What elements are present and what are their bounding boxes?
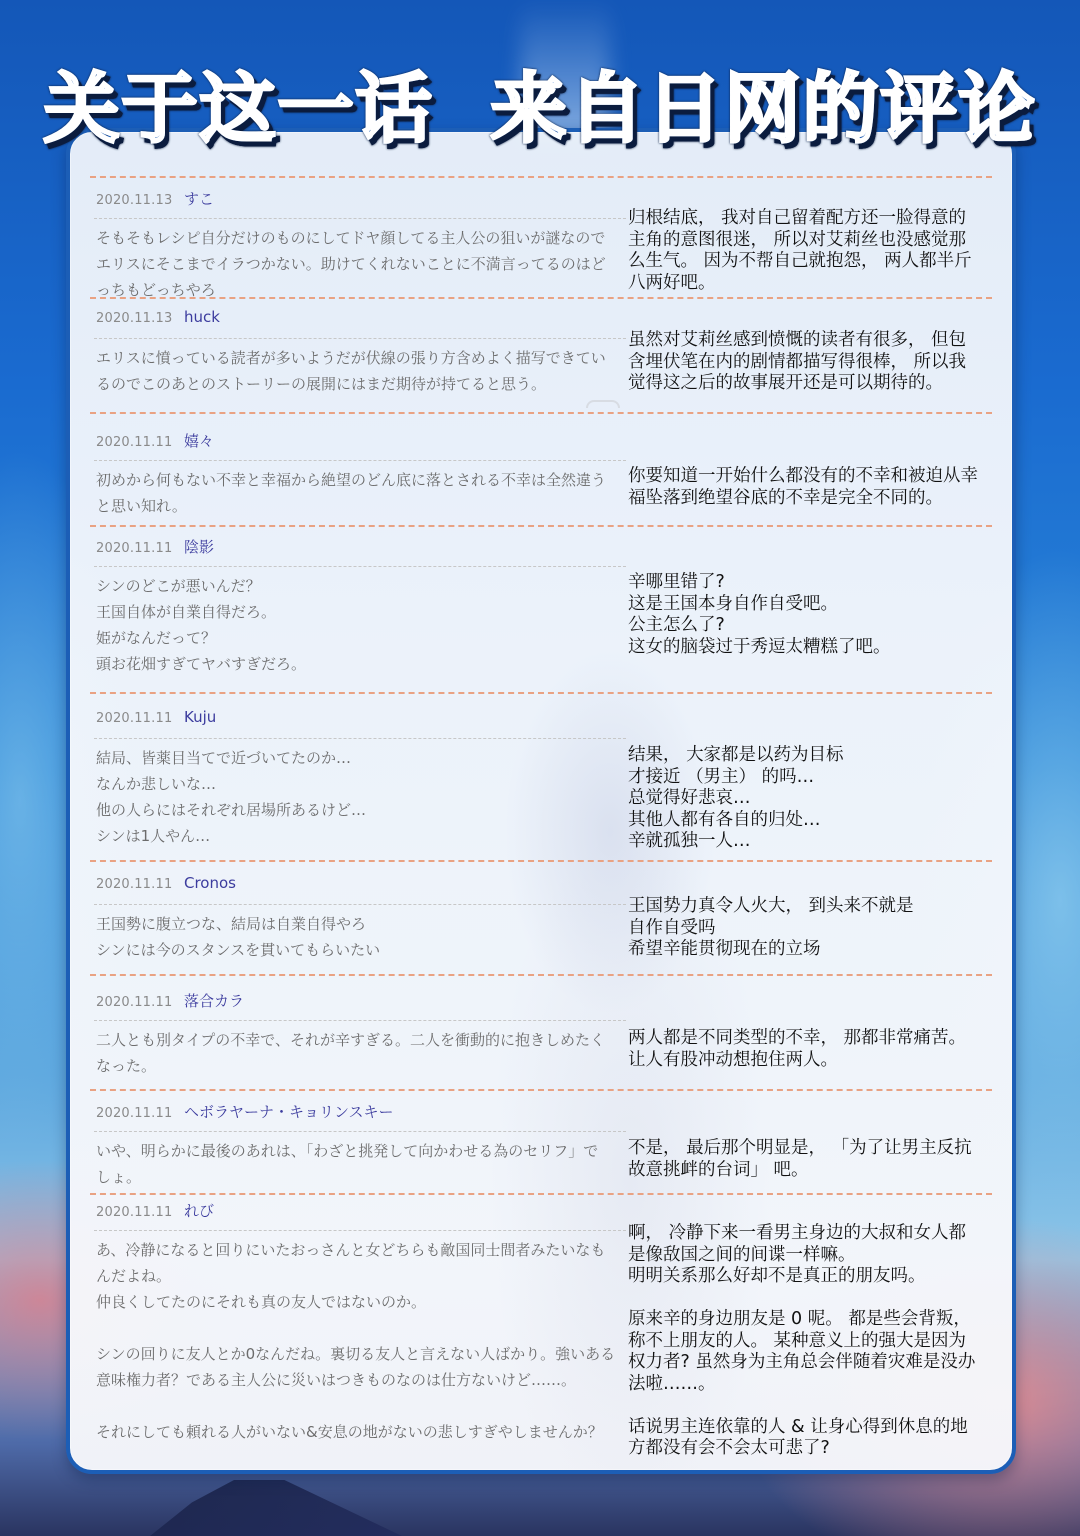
comment-date: 2020.11.11 [96, 995, 184, 1010]
comment-jp-0: 2020.11.13すこ そもそもレシピ自分だけのものにしてドヤ顔してる主人公の… [94, 188, 626, 303]
dotted-divider [94, 338, 626, 339]
dotted-divider [94, 566, 626, 567]
dotted-divider [94, 1230, 626, 1231]
divider [90, 860, 992, 862]
comment-date: 2020.11.11 [96, 541, 184, 556]
divider [90, 176, 992, 178]
comment-translation-4: 结果， 大家都是以药为目标 才接近 （男主） 的吗… 总觉得好悲哀… 其他人都有… [628, 745, 1008, 853]
comment-original-text: そもそもレシピ自分だけのものにしてドヤ顔してる主人公の狙いが謎なので エリスにそ… [94, 225, 626, 303]
comment-jp-3: 2020.11.11陰影 シンのどこが悪いんだ？ 王国自体が自業自得だろ。 姫が… [94, 536, 626, 677]
divider [90, 525, 992, 527]
comments-panel: 2020.11.13すこ そもそもレシピ自分だけのものにしてドヤ顔してる主人公の… [66, 128, 1016, 1474]
comment-jp-4: 2020.11.11Kuju 結局、皆薬目当てで近づいてたのか… なんか悲しいな… [94, 708, 626, 849]
divider [90, 692, 992, 694]
comment-jp-6: 2020.11.11落合カラ 二人とも別タイプの不幸で、それが辛すぎる。二人を衝… [94, 990, 626, 1079]
dotted-divider [94, 1131, 626, 1132]
comment-translation-2: 你要知道一开始什么都没有的不幸和被迫从幸 福坠落到绝望谷底的不幸是完全不同的。 [628, 466, 1008, 509]
comment-jp-1: 2020.11.13huck エリスに憤っている読者が多いようだが伏線の張り方含… [94, 308, 626, 397]
comment-username[interactable]: 嬉々 [184, 430, 214, 451]
tab-stub [586, 400, 620, 408]
comment-original-text: 初めから何もない不幸と幸福から絶望のどん底に落とされる不幸は全然違う と思い知れ… [94, 467, 626, 519]
divider [90, 974, 992, 976]
comment-translation-5: 王国势力真令人火大， 到头来不就是 自作自受吗 希望辛能贯彻现在的立场 [628, 896, 1008, 961]
comment-username[interactable]: ヘボラヤーナ・キョリンスキー [184, 1101, 394, 1122]
comment-jp-2: 2020.11.11嬉々 初めから何もない不幸と幸福から絶望のどん底に落とされる… [94, 430, 626, 519]
comment-date: 2020.11.13 [96, 311, 184, 326]
comment-translation-3: 辛哪里错了? 这是王国本身自作自受吧。 公主怎么了? 这女的脑袋过于秀逗太糟糕了… [628, 572, 1008, 658]
comment-date: 2020.11.13 [96, 193, 184, 208]
comment-username[interactable]: huck [184, 308, 220, 326]
comment-translation-7: 不是， 最后那个明显是， 「为了让男主反抗 故意挑衅的台词」 吧。 [628, 1138, 1008, 1181]
comment-date: 2020.11.11 [96, 1106, 184, 1121]
title-banner: 关于这一话 来自日网的评论 [0, 52, 1080, 152]
dotted-divider [94, 1020, 626, 1021]
divider [90, 1193, 992, 1195]
divider [90, 297, 992, 299]
comment-original-text: 二人とも別タイプの不幸で、それが辛すぎる。二人を衝動的に抱きしめたく なった。 [94, 1027, 626, 1079]
comment-original-text: シンのどこが悪いんだ？ 王国自体が自業自得だろ。 姫がなんだって？ 頭お花畑すぎ… [94, 573, 626, 677]
comment-original-text: あ、冷静になると回りにいたおっさんと女どちらも敵国同士間者みたいなも んだよね。… [94, 1237, 626, 1445]
comment-username[interactable]: 陰影 [184, 536, 214, 557]
comment-translation-6: 两人都是不同类型的不幸， 那都非常痛苦。 让人有股冲动想抱住两人。 [628, 1028, 1008, 1071]
comment-date: 2020.11.11 [96, 1205, 184, 1220]
comment-original-text: いや、明らかに最後のあれは、「わざと挑発して向かわせる為のセリフ」で しょ。 [94, 1138, 626, 1190]
comment-date: 2020.11.11 [96, 711, 184, 726]
comment-username[interactable]: 落合カラ [184, 990, 244, 1011]
comment-translation-8: 啊， 冷静下来一看男主身边的大叔和女人都 是像敌国之间的间谍一样嘛。 明明关系那… [628, 1223, 1008, 1460]
comment-jp-7: 2020.11.11ヘボラヤーナ・キョリンスキー いや、明らかに最後のあれは、「… [94, 1101, 626, 1190]
dotted-divider [94, 460, 626, 461]
comment-original-text: エリスに憤っている読者が多いようだが伏線の張り方含めよく描写できてい るのでこの… [94, 345, 626, 397]
comment-username[interactable]: Kuju [184, 708, 216, 726]
background-bicycle-silhouette [150, 1480, 570, 1536]
comment-jp-8: 2020.11.11れび あ、冷静になると回りにいたおっさんと女どちらも敵国同士… [94, 1200, 626, 1445]
divider [90, 1089, 992, 1091]
page-title: 关于这一话 来自日网的评论 [44, 48, 1037, 157]
comment-translation-1: 虽然对艾莉丝感到愤慨的读者有很多， 但包 含埋伏笔在内的剧情都描写得很棒， 所以… [628, 330, 1008, 395]
comment-original-text: 結局、皆薬目当てで近づいてたのか… なんか悲しいな… 他の人らにはそれぞれ居場所… [94, 745, 626, 849]
comment-username[interactable]: Cronos [184, 874, 236, 892]
comment-jp-5: 2020.11.11Cronos 王国勢に腹立つな、結局は自業自得やろ シンには… [94, 874, 626, 963]
dotted-divider [94, 904, 626, 905]
comment-username[interactable]: すこ [184, 188, 214, 209]
comment-username[interactable]: れび [184, 1200, 214, 1221]
comment-translation-0: 归根结底， 我对自己留着配方还一脸得意的 主角的意图很迷， 所以对艾莉丝也没感觉… [628, 208, 1008, 294]
dotted-divider [94, 218, 626, 219]
dotted-divider [94, 738, 626, 739]
divider [90, 412, 992, 414]
comment-date: 2020.11.11 [96, 435, 184, 450]
comment-date: 2020.11.11 [96, 877, 184, 892]
comment-original-text: 王国勢に腹立つな、結局は自業自得やろ シンには今のスタンスを貫いてもらいたい [94, 911, 626, 963]
